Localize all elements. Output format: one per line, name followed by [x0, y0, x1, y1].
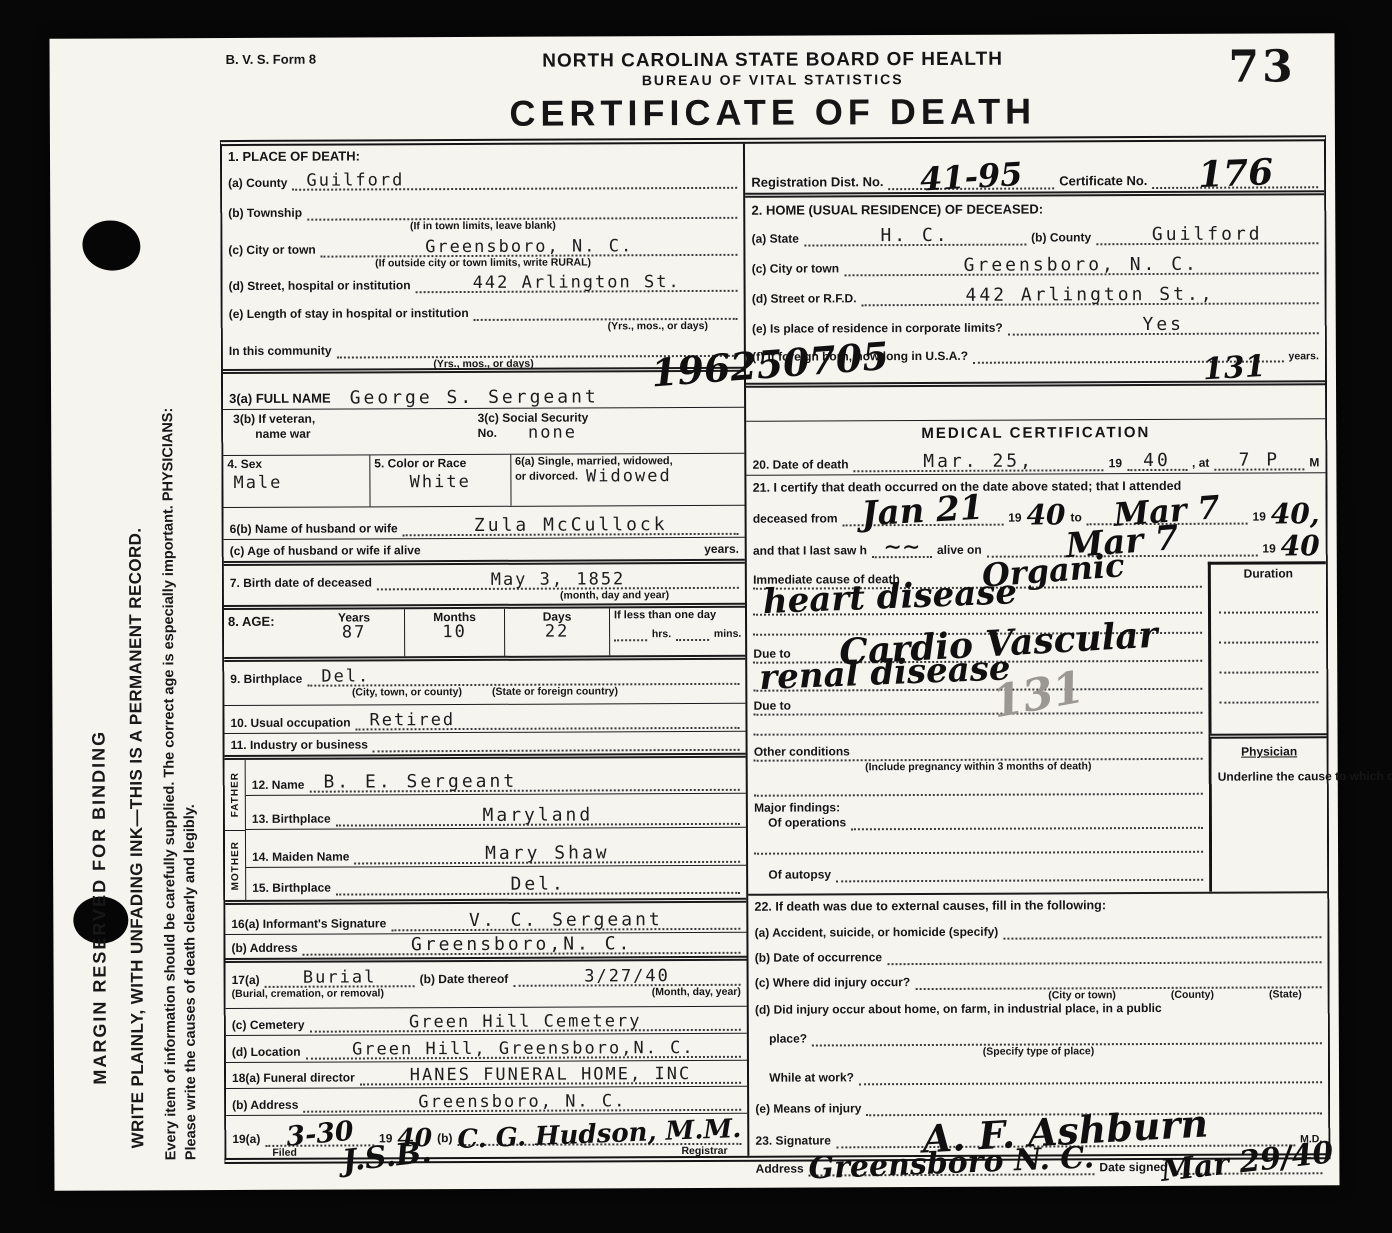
spouse-label: 6(b) Name of husband or wife [230, 521, 398, 537]
stay-label: (e) Length of stay in hospital or instit… [229, 306, 469, 322]
home-county-label: (b) County [1031, 231, 1091, 246]
place-of-death-section: 1. PLACE OF DEATH: (a) County Guilford (… [222, 144, 744, 374]
birthplace-row: 9. Birthplace Del. (City, town, or count… [224, 660, 745, 706]
form-header: B. V. S. Form 8 NORTH CAROLINA STATE BOA… [220, 39, 1326, 140]
township-label: (b) Township [228, 206, 302, 221]
external-b-label: (b) Date of occurrence [755, 950, 882, 966]
alive-on-label: alive on [937, 542, 982, 557]
disposal-note: (Burial, cremation, or removal) [232, 987, 384, 1000]
filed-row: 19(a) 3-30 19 40 (b) C. G. Hudson, M.M. … [226, 1114, 747, 1170]
mother-name-value: Mary Shaw [485, 845, 610, 862]
certify-section: 21. I certify that death occurred on the… [747, 473, 1326, 564]
home-city-label: (c) City or town [752, 262, 839, 277]
street-label: (d) Street, hospital or institution [229, 279, 411, 295]
cemetery-location-row: (d) Location Green Hill, Greensboro,N. C… [226, 1034, 747, 1063]
full-name-label: 3(a) FULL NAME [229, 390, 331, 407]
county-label: (a) County [228, 176, 287, 191]
cause-line-2: heart disease [763, 581, 1018, 615]
informant-value: V. C. Sergeant [469, 912, 663, 929]
birthplace-value: Del. [321, 669, 370, 685]
certificate-no-label: Certificate No. [1059, 173, 1147, 190]
margin-binding-text: MARGIN RESERVED FOR BINDING [89, 730, 112, 1085]
physician-address: Greensboro N. C. [808, 1147, 1094, 1179]
birthdate-value: May 3, 1852 [491, 572, 626, 588]
last-saw-year: 40 [1281, 536, 1320, 556]
city-value: Greensboro, N. C. [425, 239, 633, 255]
due-to-2-label: Due to [754, 699, 791, 714]
race-label: 5. Color or Race [374, 456, 506, 472]
handwritten-131-right: 131 [1202, 356, 1266, 381]
mother-birthplace-value: Del. [510, 876, 565, 892]
attended-from-year: 40 [1026, 505, 1065, 525]
registrar-note: Registrar [681, 1145, 727, 1158]
informant-label: 16(a) Informant's Signature [231, 916, 386, 932]
date-signed-value: Mar 29/40 [1160, 1142, 1335, 1182]
city-label: (c) City or town [228, 242, 315, 257]
punch-hole-top [79, 217, 143, 274]
name-row-extension [746, 385, 1325, 422]
sex-value: Male [233, 475, 365, 491]
age-hrs-label: hrs. [652, 628, 671, 641]
birthplace-label: 9. Birthplace [230, 672, 302, 687]
father-birthplace-label: 13. Birthplace [252, 812, 331, 827]
filed-b-label: (b) [437, 1131, 452, 1146]
street-value: 442 Arlington St. [473, 275, 681, 291]
birthdate-note: (month, day and year) [230, 589, 739, 604]
spouse-age-row: (c) Age of husband or wife if alive year… [224, 538, 745, 566]
home-city-value: Greensboro, N. C. [964, 257, 1199, 274]
cemetery-location-label: (d) Location [232, 1045, 301, 1060]
disposal-date-label: (b) Date thereof [420, 972, 509, 987]
home-county-value: Guilford [1152, 227, 1263, 244]
margin-permanent-text: WRITE PLAINLY, WITH UNFADING INK—THIS IS… [126, 527, 149, 1148]
right-column: Registration Dist. No. 41-95 Certificate… [745, 141, 1328, 1156]
certificate-paper: MARGIN RESERVED FOR BINDING WRITE PLAINL… [49, 33, 1339, 1191]
community-label: In this community [229, 344, 332, 359]
home-state-value: H. C. [880, 228, 949, 244]
home-street-value: 442 Arlington St., [965, 287, 1214, 304]
birthplace-note-1: (City, town, or county) [352, 686, 462, 699]
duration-box: Duration [1208, 561, 1327, 734]
home-street-label: (d) Street or R.F.D. [752, 292, 857, 307]
filed-label: 19(a) [232, 1132, 260, 1147]
disposal-label: 17(a) [232, 973, 260, 988]
veteran-ssn-row: 3(b) If veteran, name war 3(c) Social Se… [223, 408, 744, 456]
margin-causes-line: Please write the causes of death clearly… [177, 70, 201, 1160]
race-value: White [374, 475, 506, 491]
stay-note: (Yrs., mos., or days) [229, 320, 738, 335]
operations-label: Of operations [754, 815, 846, 830]
age-days-value: 22 [509, 624, 605, 640]
veteran-label-2: name war [233, 426, 469, 442]
bureau-title: BUREAU OF VITAL STATISTICS [220, 69, 1326, 90]
disposal-date-value: 3/27/40 [584, 969, 670, 985]
certificate-no-value: 176 [1197, 160, 1273, 188]
date-of-death-m: M [1309, 455, 1319, 470]
industry-label: 11. Industry or business [231, 737, 368, 753]
county-value: Guilford [306, 173, 404, 189]
funeral-director-value: HANES FUNERAL HOME, INC [410, 1067, 691, 1084]
parents-section: FATHER MOTHER 12. Name B. E. Sergeant [225, 758, 747, 905]
spouse-age-suffix: years. [704, 542, 739, 557]
cemetery-row: (c) Cemetery Green Hill Cemetery [226, 1007, 747, 1036]
due-to-1-line-2: renal disease [759, 657, 1011, 691]
last-saw-label: and that I last saw h [753, 543, 867, 558]
age-label: 8. AGE: [228, 614, 300, 631]
certify-y2-pre: 19 [1252, 509, 1265, 524]
full-name-value: George S. Sergeant [350, 389, 599, 406]
handwritten-file-number: 196250705 [650, 343, 889, 387]
autopsy-label: Of autopsy [754, 867, 831, 882]
form-number: B. V. S. Form 8 [226, 52, 317, 67]
spouse-age-label: (c) Age of husband or wife if alive [230, 543, 421, 559]
veteran-label-1: 3(b) If veteran, [233, 411, 469, 427]
date-of-death-value: Mar. 25, [923, 453, 1034, 470]
certify-from-label: deceased from [753, 511, 838, 526]
external-c-label: (c) Where did injury occur? [755, 975, 910, 991]
funeral-address-row: (b) Address Greensboro, N. C. [226, 1087, 747, 1116]
external-c-note-county: (County) [1171, 988, 1214, 1001]
father-name-value: B. E. Sergeant [323, 774, 517, 791]
age-less-label: If less than one day [614, 609, 741, 623]
physician-box: Physician Underline the cause to which d… [1209, 733, 1328, 892]
certify-y1-pre: 19 [1008, 510, 1021, 525]
medical-certification-header: MEDICAL CERTIFICATION [746, 419, 1325, 448]
major-findings-label: Major findings: [754, 800, 846, 815]
occupation-row: 10. Usual occupation Retired [224, 704, 745, 734]
age-months-value: 10 [409, 625, 500, 641]
disposal-row: 17(a) Burial (b) Date thereof 3/27/40 (B… [226, 961, 747, 1009]
medical-certification-title: MEDICAL CERTIFICATION [752, 420, 1319, 442]
age-row: 8. AGE: Years 87 Months 10 Days 22 [224, 608, 745, 662]
informant-address-label: (b) Address [231, 941, 297, 956]
form-body: 196250705 131 131 1. PLACE OF DEATH: (a)… [220, 135, 1330, 1164]
duration-label: Duration [1219, 566, 1318, 581]
certify-to-label: to [1070, 510, 1081, 525]
sex-race-marital-row: 4. Sex Male 5. Color or Race White 6(a) … [223, 454, 744, 508]
spouse-row: 6(b) Name of husband or wife Zula McCull… [224, 506, 745, 540]
external-d-line-2: place? [755, 1032, 807, 1047]
date-of-death-label: 20. Date of death [753, 457, 849, 472]
birthplace-note-2: (State or foreign country) [492, 685, 618, 698]
occupation-value: Retired [369, 713, 455, 729]
cemetery-value: Green Hill Cemetery [409, 1014, 642, 1030]
marital-value: Widowed [586, 469, 672, 485]
physician-signature-section: (e) Means of injury 23. Signature A. F. … [749, 1089, 1328, 1179]
margin-instructions-text: Every item of information should be care… [158, 70, 202, 1160]
disposal-date-note: (Month, day, year) [652, 986, 741, 999]
home-foreign-suffix: years. [1288, 350, 1318, 363]
father-name-label: 12. Name [252, 778, 305, 793]
mother-birthplace-label: 15. Birthplace [252, 881, 331, 896]
external-causes-section: 22. If death was due to external causes,… [748, 893, 1328, 1092]
birthdate-label: 7. Birth date of deceased [230, 575, 372, 591]
attended-from: Jan 21 [861, 496, 984, 527]
age-years-value: 87 [308, 625, 400, 641]
filed-initials: J.S.B. [341, 1142, 432, 1173]
spouse-value: Zula McCullock [474, 517, 668, 534]
registration-row: Registration Dist. No. 41-95 Certificate… [745, 141, 1324, 198]
disposal-value: Burial [303, 970, 376, 986]
date-of-death-year: 40 [1143, 453, 1171, 469]
external-c-note-state: (State) [1269, 988, 1302, 1001]
pencil-131: 131 [990, 673, 1086, 720]
while-at-work-label: While at work? [755, 1071, 854, 1086]
informant-address-value: Greensboro,N. C. [411, 936, 632, 953]
marital-label-2: or divorced. [515, 471, 578, 485]
signature-label: 23. Signature [755, 1133, 830, 1148]
funeral-director-row: 18(a) Funeral director HANES FUNERAL HOM… [226, 1061, 747, 1089]
funeral-address-label: (b) Address [232, 1098, 298, 1113]
last-saw-scribble: ∼∼ [884, 540, 921, 556]
left-column: 1. PLACE OF DEATH: (a) County Guilford (… [222, 144, 750, 1158]
funeral-director-label: 18(a) Funeral director [232, 1070, 355, 1086]
external-a-label: (a) Accident, suicide, or homicide (spec… [755, 924, 999, 940]
registration-dist-value: 41-95 [920, 163, 1023, 191]
mother-side-label: MOTHER [229, 841, 240, 890]
date-of-death-at: , at [1192, 456, 1209, 471]
home-state-label: (a) State [752, 232, 799, 247]
physician-address-label: Address [756, 1162, 804, 1177]
funeral-address-value: Greensboro, N. C. [418, 1094, 626, 1110]
ssn-value: none [528, 426, 577, 442]
father-side-label: FATHER [229, 772, 240, 817]
industry-row: 11. Industry or business [225, 732, 746, 760]
cemetery-location-value: Green Hill, Greensboro,N. C. [352, 1041, 695, 1058]
physician-text: Underline the cause to which death shoul… [1218, 767, 1321, 787]
age-mins-label: mins. [714, 628, 741, 641]
date-of-death-time: 7 P [1239, 452, 1281, 468]
informant-address-row: (b) Address Greensboro,N. C. [225, 933, 746, 963]
date-of-death-year-pre: 19 [1109, 456, 1122, 471]
certify-y3-pre: 19 [1262, 541, 1275, 556]
external-c-note-city: (City or town) [1048, 989, 1116, 1002]
attended-to-year: 40, [1271, 504, 1320, 524]
home-corporate-value: Yes [1142, 317, 1184, 333]
registrar-signature: C. G. Hudson, M.M. [457, 1120, 742, 1149]
other-conditions-label: Other conditions [754, 744, 850, 759]
date-signed-label: Date signed [1099, 1160, 1167, 1175]
physician-title: Physician [1218, 744, 1321, 759]
registration-dist-label: Registration Dist. No. [751, 174, 883, 191]
external-d-line-1: (d) Did injury occur about home, on farm… [755, 1000, 1322, 1022]
sex-label: 4. Sex [227, 456, 365, 472]
cemetery-label: (c) Cemetery [232, 1018, 305, 1033]
birthdate-row: 7. Birth date of deceased May 3, 1852 (m… [224, 564, 745, 610]
certificate-title: CERTIFICATE OF DEATH [220, 89, 1326, 136]
death-certificate-form: B. V. S. Form 8 NORTH CAROLINA STATE BOA… [220, 39, 1331, 1164]
ssn-label-1: 3(c) Social Security [478, 410, 735, 426]
date-of-death-row: 20. Date of death Mar. 25, 19 40 , at 7 … [747, 445, 1326, 476]
mother-name-label: 14. Maiden Name [252, 850, 349, 865]
informant-row: 16(a) Informant's Signature V. C. Sergea… [225, 903, 746, 935]
means-of-injury-label: (e) Means of injury [755, 1101, 861, 1116]
other-conditions-section: Other conditions (Include pregnancy with… [748, 733, 1327, 896]
occupation-label: 10. Usual occupation [230, 716, 350, 732]
page-number: 73 [1228, 41, 1295, 92]
ssn-label-2: No. [478, 426, 497, 441]
father-birthplace-value: Maryland [482, 807, 593, 824]
